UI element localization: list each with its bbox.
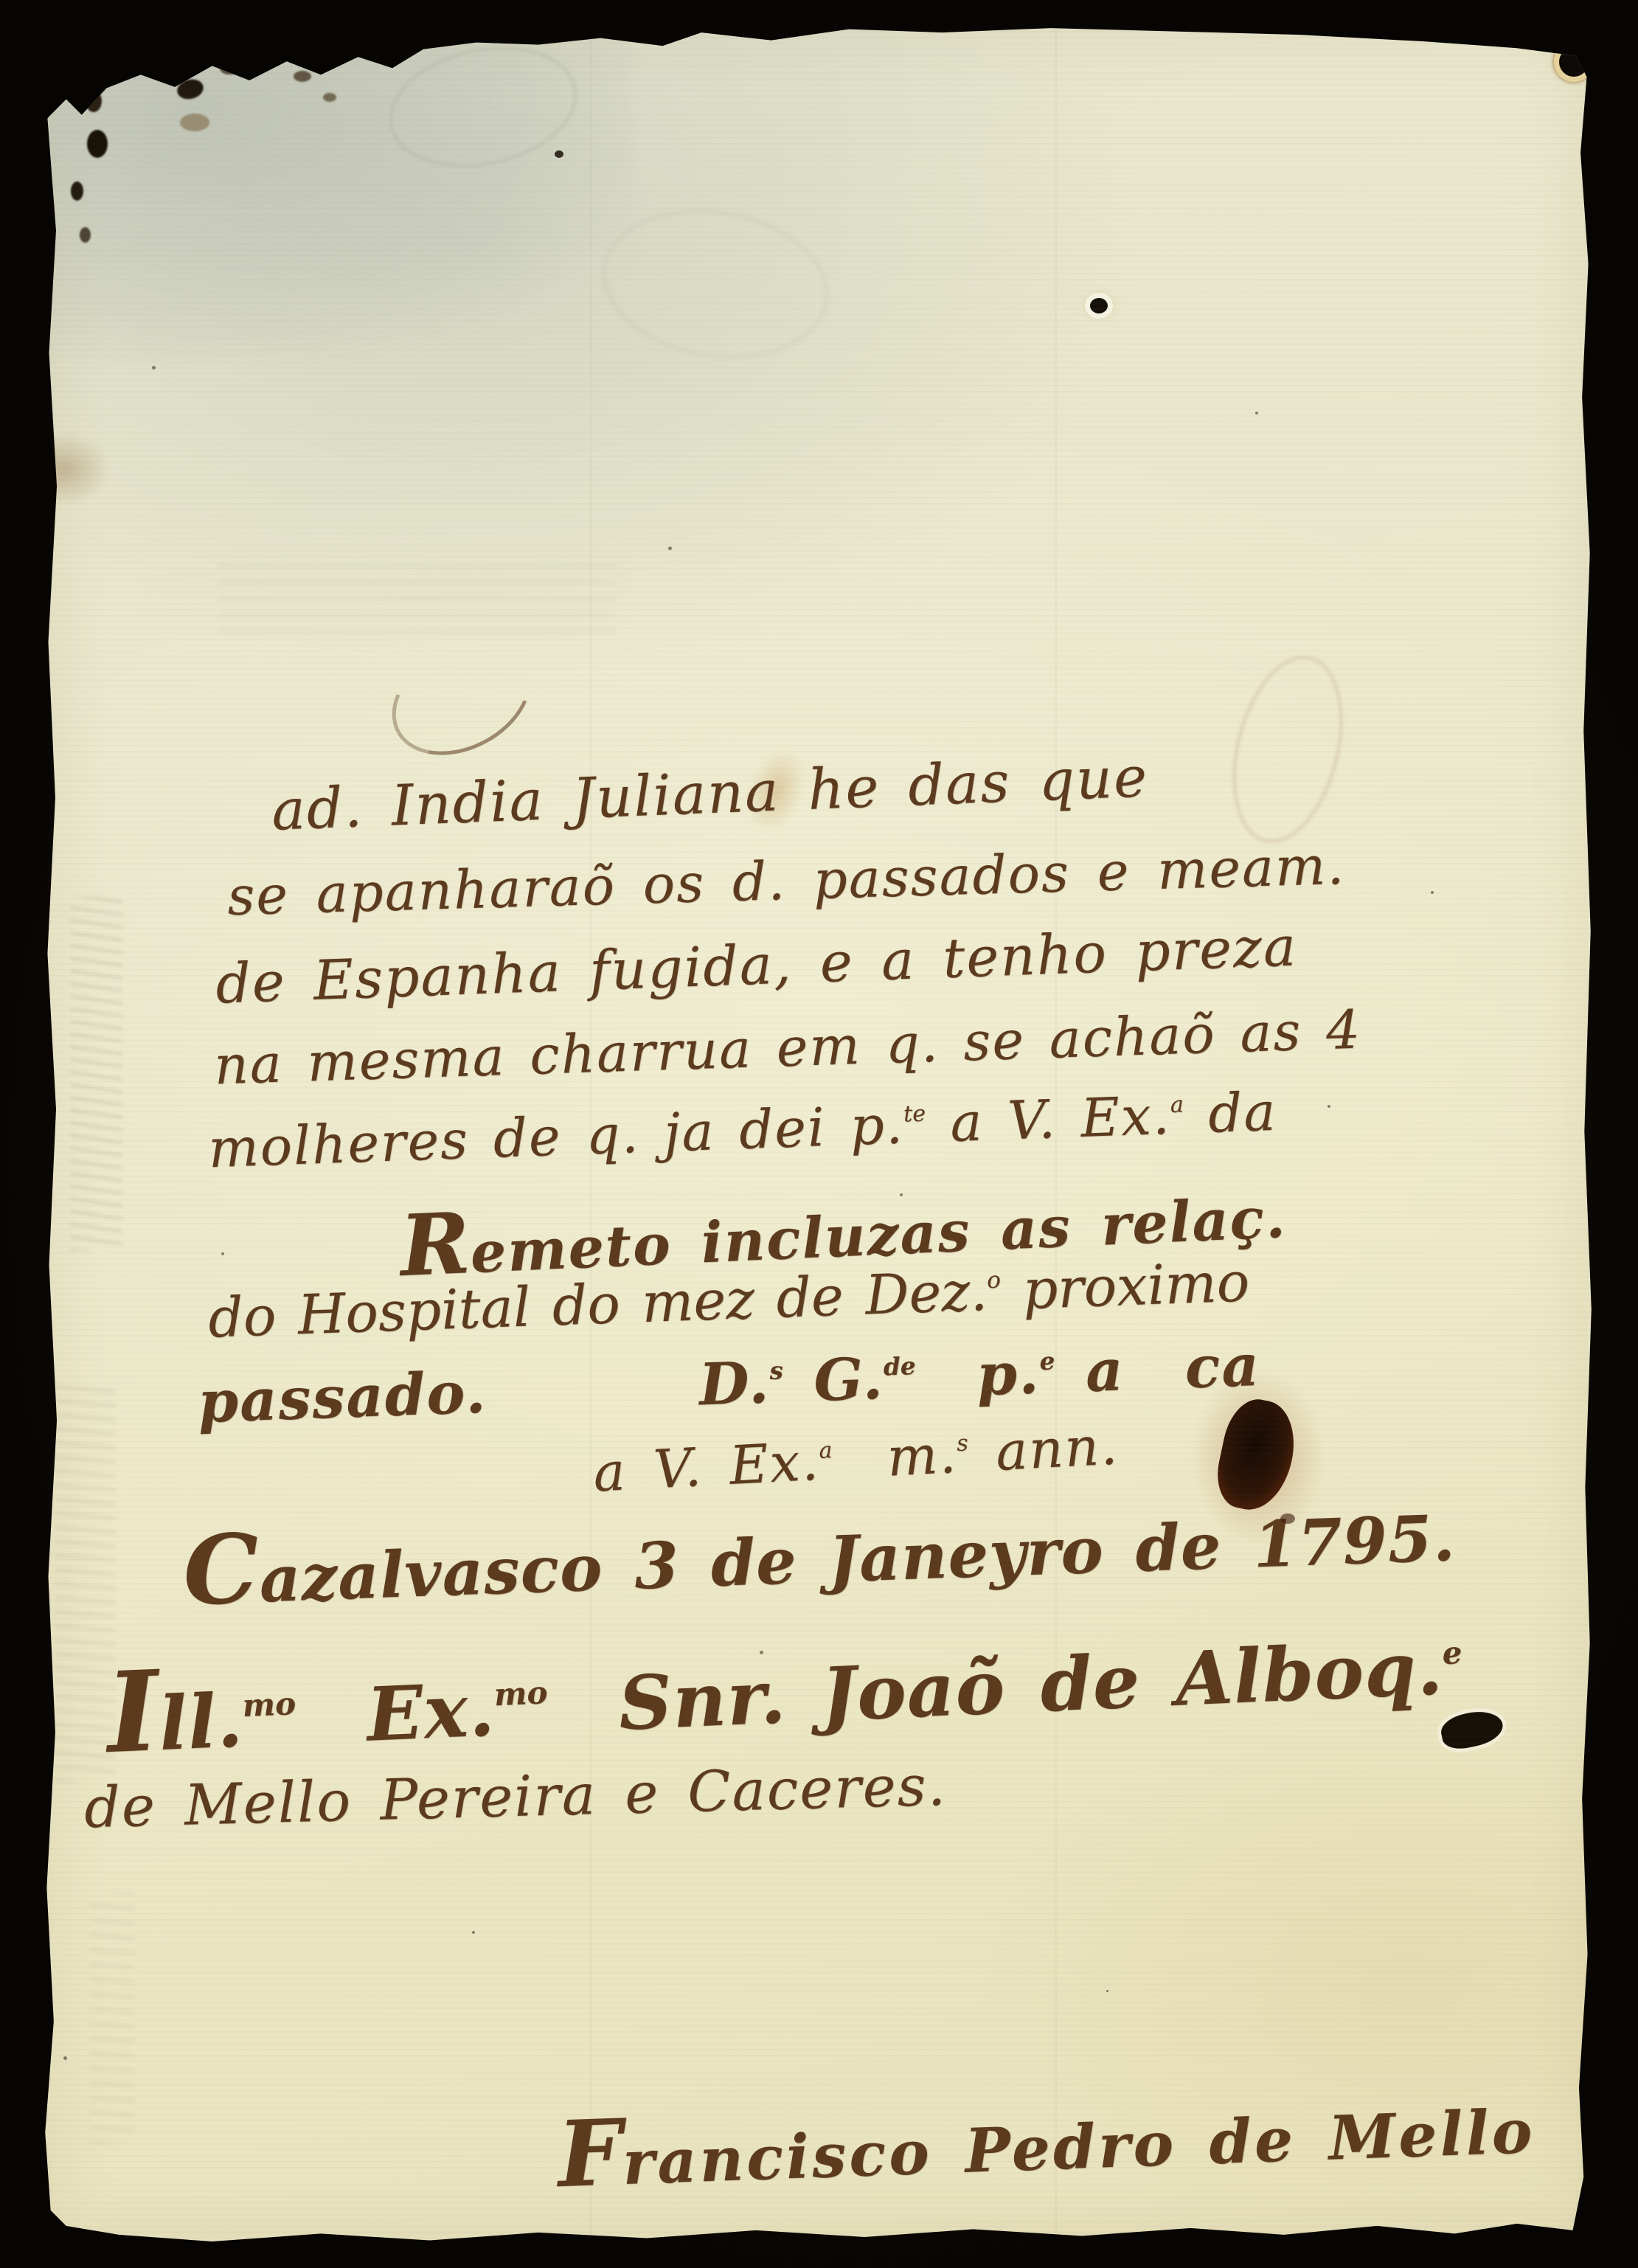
address-line: de Mello Pereira e Caceres. xyxy=(83,1758,947,1837)
handwritten-line: a V. Ex.a m.s ann. xyxy=(592,1418,1120,1499)
mold-stain xyxy=(175,77,205,102)
mold-stain xyxy=(108,35,143,63)
punch-hole xyxy=(1559,47,1589,77)
paper-speck xyxy=(760,1651,763,1654)
handwritten-line: molheres de q. ja dei p.te a V. Ex.a da xyxy=(207,1085,1277,1176)
mold-stain xyxy=(86,90,102,112)
paper-speck xyxy=(472,1931,475,1934)
paper-speck xyxy=(63,2056,67,2060)
bleedthrough-ghost xyxy=(71,897,122,1251)
paper-speck xyxy=(1106,1990,1108,1992)
mold-stain xyxy=(180,114,209,131)
date-line: Cazalvasco 3 de Janeyro de 1795. xyxy=(181,1480,1457,1619)
edge-smudge xyxy=(41,432,111,506)
paper-speck xyxy=(152,366,156,370)
paper-speck xyxy=(1431,891,1434,894)
mold-stain xyxy=(80,227,91,243)
mold-stain xyxy=(87,130,108,158)
handwritten-line: de Espanha fugida, e a tenho preza xyxy=(215,919,1298,1011)
mold-stain xyxy=(145,49,164,62)
bleedthrough-ghost xyxy=(591,194,839,374)
handwritten-line: ad. India Juliana he das que xyxy=(271,749,1149,839)
signature-line: Francisco Pedro de Mello xyxy=(556,2076,1536,2201)
topleft-gray-wash xyxy=(27,12,631,358)
flourish-arc xyxy=(372,617,551,778)
paper-speck xyxy=(221,1252,224,1255)
bleedthrough-ghost xyxy=(218,565,617,639)
paper-speck xyxy=(668,547,672,550)
paper-speck xyxy=(1328,1105,1330,1108)
paper-speck xyxy=(900,1193,903,1196)
mold-stain xyxy=(323,93,336,102)
handwritten-line: do Hospital do mez de Dez.o proximo xyxy=(207,1255,1250,1345)
photo-background: ad. India Juliana he das que se apanhara… xyxy=(0,0,1638,2268)
bleedthrough-ghost xyxy=(378,30,588,184)
handwritten-line: na mesma charrua em q. se achaõ as 4 xyxy=(213,1003,1362,1092)
handwritten-line: se apanharaõ os d. passados e meam. xyxy=(226,839,1346,923)
mold-stain xyxy=(93,62,106,73)
address-line: Ill.mo Ex.mo Snr. Joaõ de Alboq.e xyxy=(105,1599,1465,1769)
ink-dot xyxy=(1090,298,1108,313)
bleedthrough-ghost xyxy=(56,1384,115,1782)
mold-stain xyxy=(220,62,239,74)
mold-stain xyxy=(294,71,311,82)
mold-stain xyxy=(71,181,83,201)
ink-dot xyxy=(555,150,563,158)
bleedthrough-ghost xyxy=(90,1893,134,2143)
paper-speck xyxy=(1255,412,1258,415)
mold-stain xyxy=(254,46,278,62)
bleedthrough-ghost xyxy=(1215,644,1361,855)
manuscript-page: ad. India Juliana he das que se apanhara… xyxy=(41,19,1594,2244)
ink-blot xyxy=(1438,1707,1506,1752)
